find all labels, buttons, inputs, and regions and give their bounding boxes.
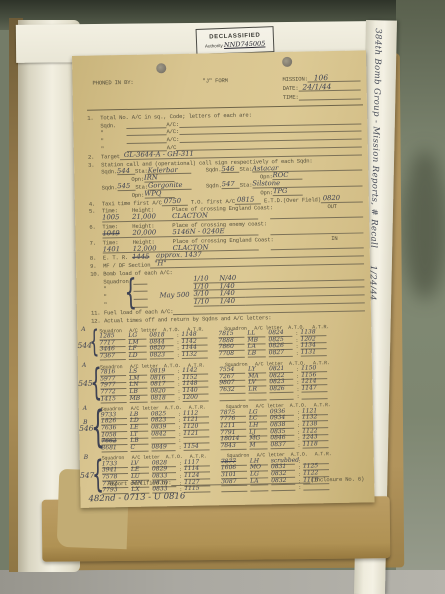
phoned-in-by-label: PHONED IN BY: (92, 79, 133, 87)
colon: : (177, 376, 180, 382)
table-cell: LD (129, 353, 147, 360)
bracket: { (124, 275, 137, 310)
table-cell: 1131 (301, 349, 327, 356)
colon: : (297, 436, 300, 442)
table-cell: M (249, 442, 267, 449)
table-cell: 1147 (301, 385, 327, 392)
sqdn-number: 546 (221, 165, 239, 173)
table-cell (250, 491, 268, 492)
colon: : (178, 396, 181, 402)
bomb-load-value: 1/40 (220, 298, 246, 306)
colon: : (178, 425, 181, 431)
colon: : (298, 459, 301, 465)
mission-header-block: MISSION: 106 DATE: 24/1/44 TIME: (282, 72, 361, 100)
in-time: 1401 (103, 245, 133, 253)
sqdn-number: 545 (117, 183, 135, 191)
colon: : (178, 438, 181, 444)
ac-label: A/C: (167, 136, 180, 143)
colon: : (179, 461, 182, 467)
table-cell: 0818 (151, 395, 175, 402)
enemy-coast-time: 1049 (102, 230, 132, 238)
colon: : (297, 423, 300, 429)
block-margin: AB546{ (81, 406, 98, 452)
table-cell (270, 398, 294, 399)
ac-label: A/C: (166, 121, 179, 128)
sqdn-number: 544 (117, 167, 135, 175)
table-cell: C (130, 444, 148, 451)
form-items: 1. Total No. A/C in sq., Code; letters o… (87, 108, 365, 324)
table-cell: MB (130, 395, 148, 402)
declassified-stamp: DECLASSIFIED Authority NND745005 (196, 26, 275, 55)
table-cell: 1154 (183, 443, 209, 450)
takeoff-time-value: 0815 (235, 196, 261, 204)
flight-letter: A (81, 326, 85, 333)
table-cell: 1132 (182, 351, 208, 358)
text: Sqdn. (206, 182, 222, 189)
etd-value: 0820 (321, 194, 363, 203)
bracket: { (90, 363, 102, 400)
colon: : (297, 393, 300, 399)
time-blank-line (299, 93, 361, 100)
text: Opn: (260, 189, 273, 196)
squadron-block: A544{SquadronA/C letterA.T.O.A.T.R.Squad… (93, 322, 366, 360)
enemy-coast-height: 20,000 (132, 229, 172, 238)
table-cell: 0823 (150, 352, 174, 359)
colon: : (298, 485, 301, 491)
sqdn-number: 547 (222, 181, 240, 189)
date-value: 24/1/44 (298, 82, 360, 92)
squadron-block: A545{SquadronA/C letterA.T.O.A.T.R.Squad… (94, 358, 367, 403)
colon: : (298, 465, 301, 471)
out-flag: OUT (327, 203, 337, 210)
table-cell (220, 399, 246, 400)
item1-rows: Sqdn.A/C:"A/C:"A/C:"A/C (87, 116, 362, 152)
block-margin: A544{ (79, 328, 96, 361)
block-margin: B547{ (82, 455, 99, 495)
squadron-block: AB546{SquadronA/C letterA.T.O.A.T.R.Squa… (95, 401, 368, 452)
table-cell: 0849 (151, 444, 175, 451)
colon: : (176, 333, 179, 339)
bottom-handwritten-note: 482nd - 0713 - U 0816 (88, 491, 185, 504)
colon: : (177, 369, 180, 375)
stamp-authority: Authority NND745005 (205, 39, 266, 49)
text (126, 122, 166, 129)
block-margin: A545{ (80, 364, 97, 404)
colon: : (177, 353, 180, 359)
flight-letter: A (82, 362, 86, 369)
colon: : (178, 445, 181, 451)
mission-value: 106 (308, 73, 361, 83)
text: Sqdn. (206, 167, 222, 174)
table-cell: 0842 (151, 431, 175, 438)
colon: : (296, 367, 299, 373)
squadron-blocks: A544{SquadronA/C letterA.T.O.A.T.R.Squad… (93, 322, 368, 497)
text (127, 137, 167, 144)
table-cell: 0827 (269, 350, 293, 357)
flight-letter: B (84, 453, 89, 460)
colon: : (296, 344, 299, 350)
table-cell: 1118 (302, 441, 328, 448)
table-cell (249, 399, 267, 400)
backdrop-shadow (402, 150, 445, 300)
ac-label: A/C: (166, 128, 179, 135)
colon: : (178, 418, 181, 424)
text (126, 130, 166, 137)
out-time: 1005 (102, 214, 132, 222)
bomb-load-value: 1/10 (194, 298, 220, 306)
text: Opn: (131, 176, 144, 183)
in-flag: IN (331, 234, 337, 241)
table-cell: 1121 (183, 430, 209, 437)
table-cell: 7367 (100, 353, 126, 360)
inclosure-label: (Inclosure No. 6) (310, 475, 364, 483)
margin-note-title: 384th Bomb Group - Mission Reports, # Re… (368, 28, 383, 248)
table-cell (221, 491, 247, 492)
operational-call: TPG (273, 188, 303, 196)
colon: : (296, 387, 299, 393)
column-header: A.T.R. (315, 451, 344, 458)
sqdn-label: Sqdn. (100, 122, 126, 129)
table-cell: 0826 (269, 386, 293, 393)
colon: : (177, 389, 180, 395)
colon: : (177, 382, 180, 388)
form-header: PHONED IN BY: "J" FORM MISSION: 106 DATE… (86, 72, 361, 109)
date-label: DATE: (283, 85, 299, 92)
colon: : (297, 442, 300, 448)
table-cell (271, 490, 295, 491)
punch-hole (282, 57, 292, 67)
sqdn-label: " (100, 129, 126, 136)
colon: : (295, 331, 298, 337)
colon: : (177, 346, 180, 352)
text: Sqdn. (101, 184, 117, 191)
colon: : (297, 416, 300, 422)
bomb-note: May 500 (160, 292, 194, 299)
table-cell: 0837 (270, 441, 294, 448)
item10-rows: Squadron1/10N/40 "1/101/40 "May 5003/101… (90, 272, 365, 308)
table-cell: LR (248, 386, 266, 393)
squadron-block: B547{SquadronA/C letterA.T.O.A.T.R.Squad… (96, 450, 369, 495)
j-form-sheet: PHONED IN BY: "J" FORM MISSION: 106 DATE… (72, 50, 375, 508)
text: Opn: (132, 191, 145, 198)
flight-letter: A (83, 404, 87, 411)
certified-label: Report certified by: (108, 479, 171, 487)
taxi-time-value: 0750 (162, 198, 188, 206)
mfdf-section-value: "H" (150, 260, 174, 268)
colon: : (297, 429, 300, 435)
colon: : (178, 431, 181, 437)
colon: : (176, 340, 179, 346)
table-cell: 1200 (183, 394, 209, 401)
table-cell: 7632 (219, 387, 245, 394)
table-cell: 7843 (220, 442, 246, 449)
punch-hole (156, 63, 166, 73)
text: Sta: (240, 182, 253, 189)
colon: : (296, 380, 299, 386)
colon: : (178, 412, 181, 418)
bracket: { (91, 406, 106, 450)
table-cell: 1115 (184, 486, 210, 493)
colon: : (295, 337, 298, 343)
table-cell (303, 489, 329, 490)
time-label: TIME: (283, 94, 299, 101)
stamp-authority-number: NND745005 (224, 39, 266, 49)
photo-of-document: DECLASSIFIED Authority NND745005 384th B… (0, 0, 445, 594)
colon: : (297, 409, 300, 415)
text: Sqdn. (101, 169, 117, 176)
bracket: { (92, 455, 104, 492)
table-cell: 7708 (219, 351, 245, 358)
out-height: 21,000 (132, 213, 172, 222)
text: Sta: (239, 166, 252, 173)
colon: : (296, 373, 299, 379)
bracket: { (89, 328, 99, 359)
table-cell: LB (248, 350, 266, 357)
colon: : (179, 467, 182, 473)
sqdn-label: " (101, 137, 127, 144)
table-cell (302, 398, 328, 399)
colon: : (296, 351, 299, 357)
form-title: "J" FORM (202, 77, 227, 84)
